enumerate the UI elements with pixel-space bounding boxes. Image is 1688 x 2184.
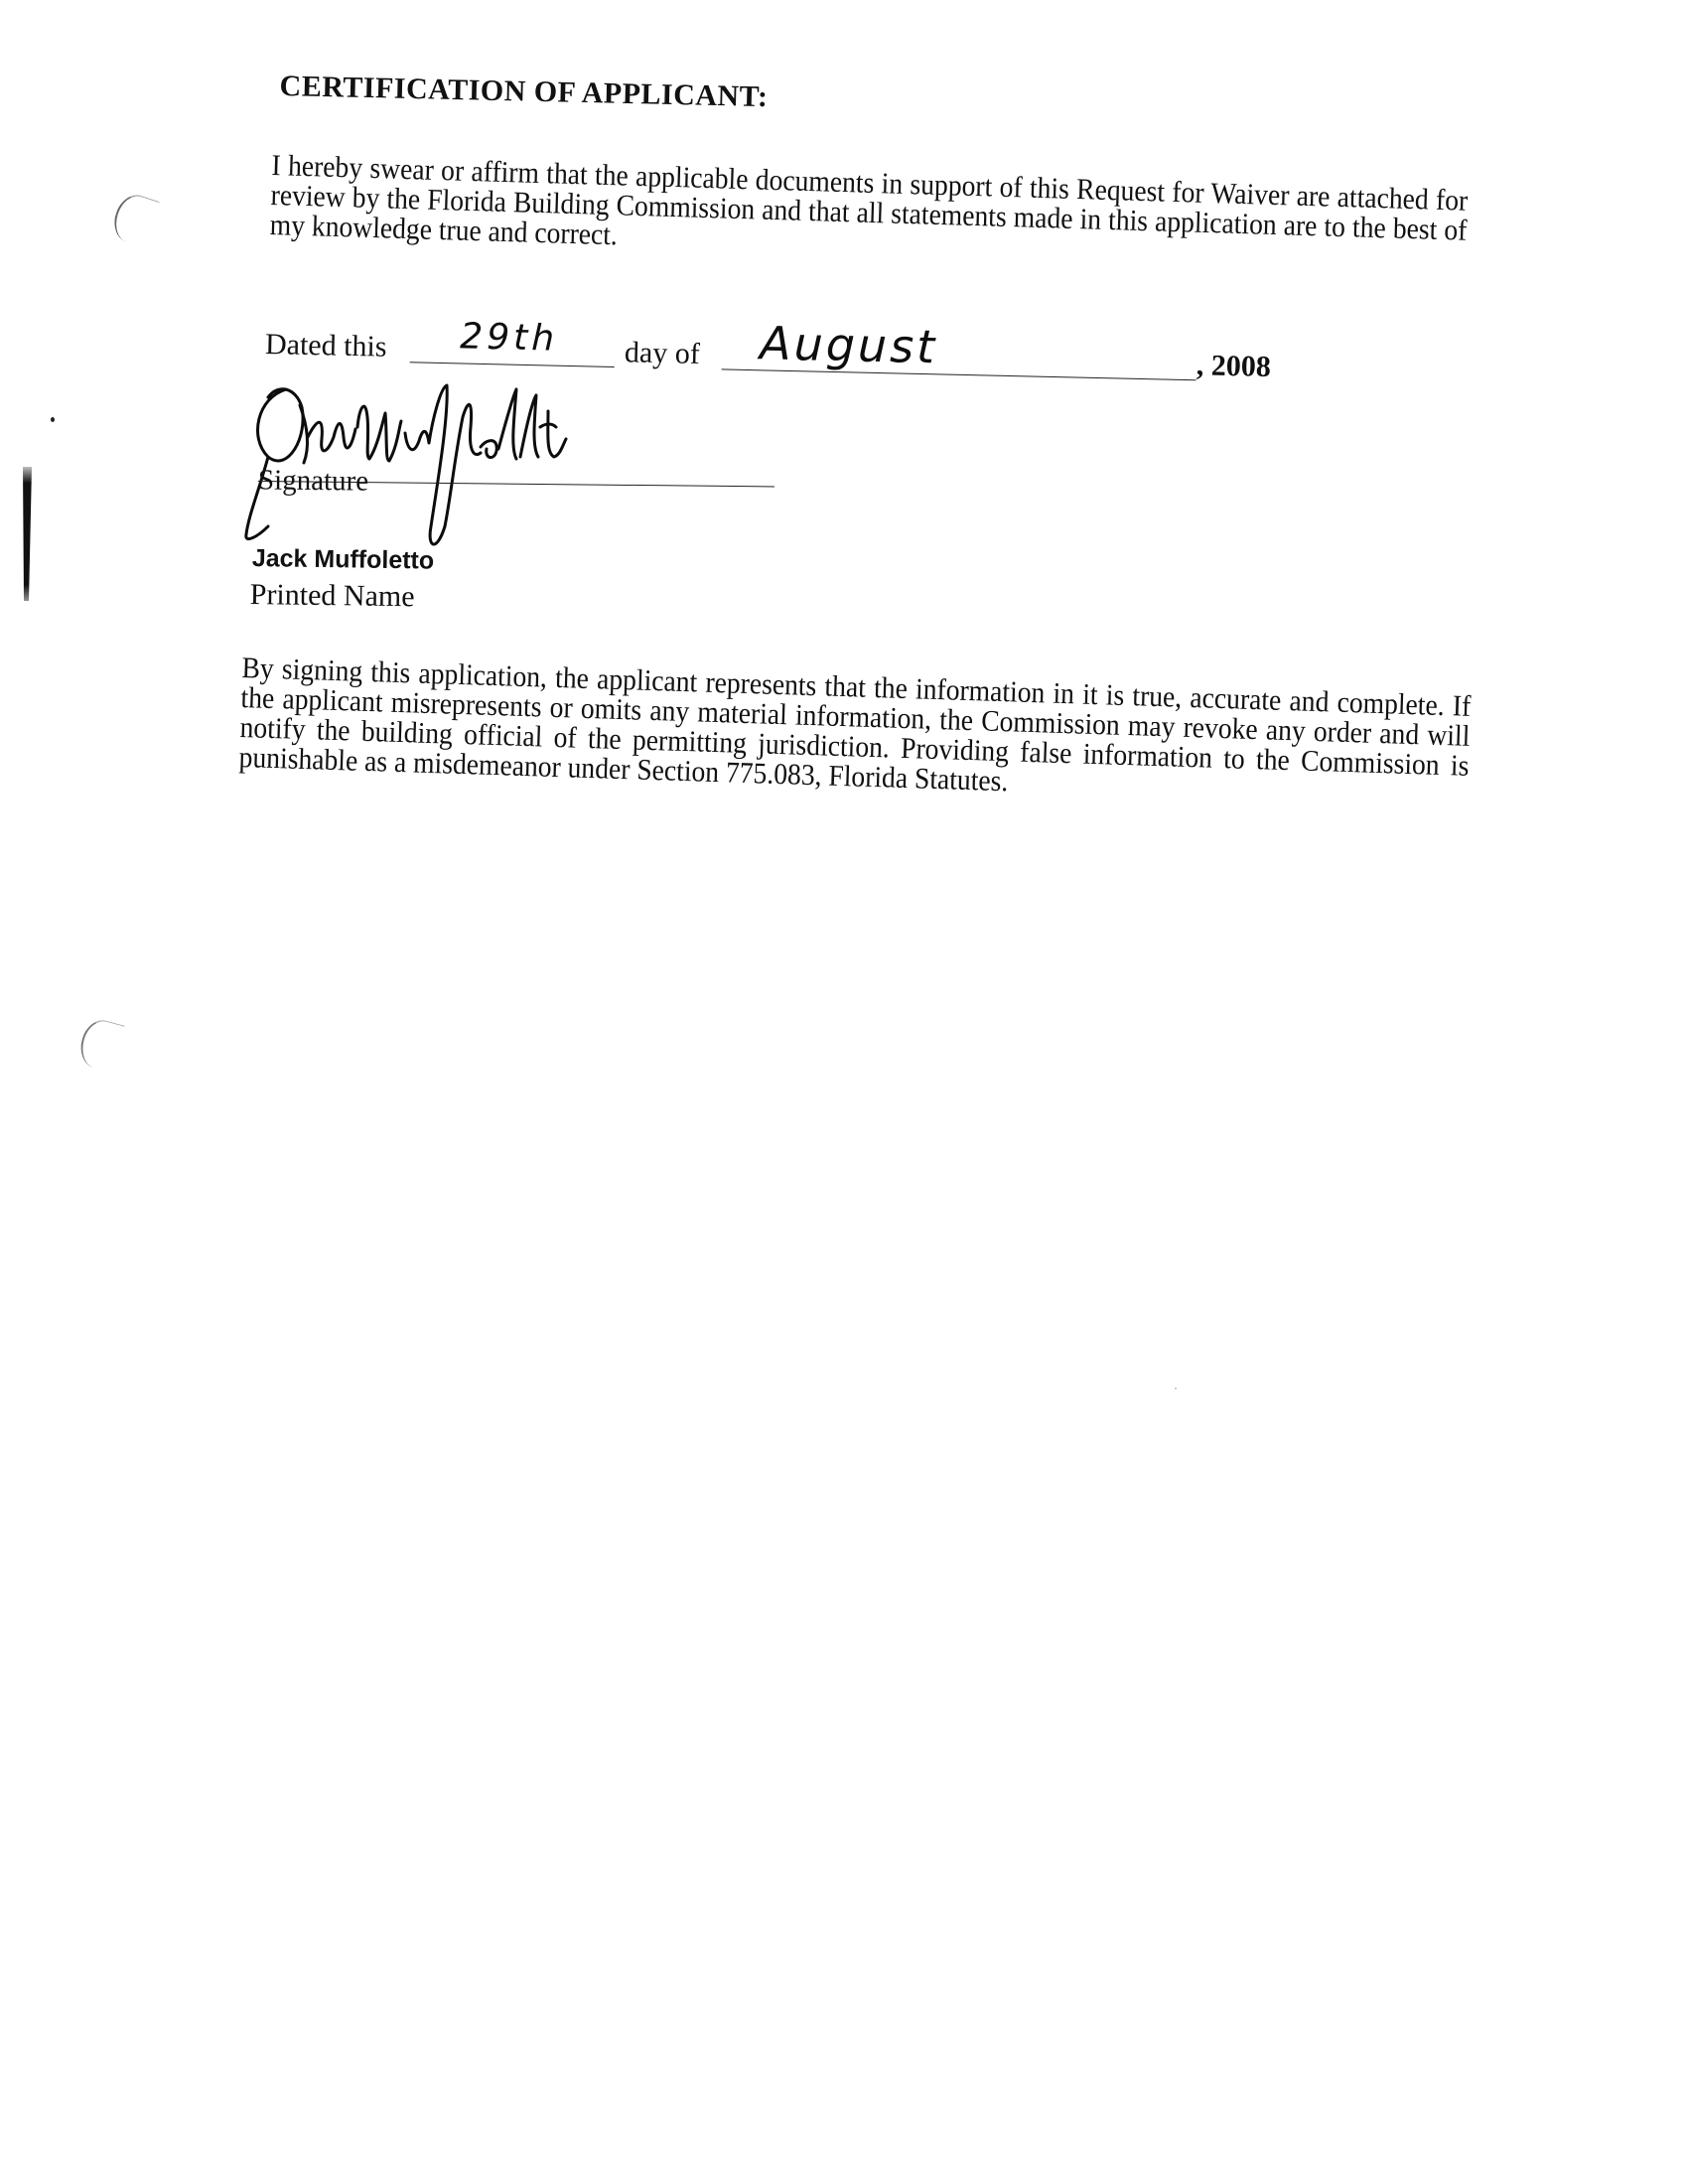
- scan-edge-bar: [22, 467, 32, 601]
- printed-name-label: Printed Name: [250, 578, 415, 614]
- dated-this-label: Dated this: [265, 328, 387, 364]
- document-page: CERTIFICATION OF APPLICANT: I hereby swe…: [0, 0, 1688, 2184]
- scan-dot-mark: [51, 417, 55, 422]
- year-text: , 2008: [1196, 349, 1271, 384]
- day-of-label: day of: [625, 336, 701, 371]
- scan-speck: [1175, 1387, 1177, 1389]
- punch-hole-mark: [108, 190, 159, 247]
- signature-label: Signature: [258, 464, 368, 498]
- document-title: CERTIFICATION OF APPLICANT:: [279, 70, 769, 114]
- punch-hole-mark: [75, 1016, 124, 1073]
- month-handwritten: August: [760, 316, 938, 373]
- day-blank: 29th: [410, 312, 616, 367]
- certification-paragraph: I hereby swear or affirm that the applic…: [269, 151, 1468, 276]
- month-blank: August: [722, 319, 1197, 380]
- disclaimer-paragraph: By signing this application, the applica…: [238, 654, 1471, 811]
- printed-name-value: Jack Muffoletto: [252, 544, 435, 576]
- day-handwritten: 29th: [460, 316, 559, 359]
